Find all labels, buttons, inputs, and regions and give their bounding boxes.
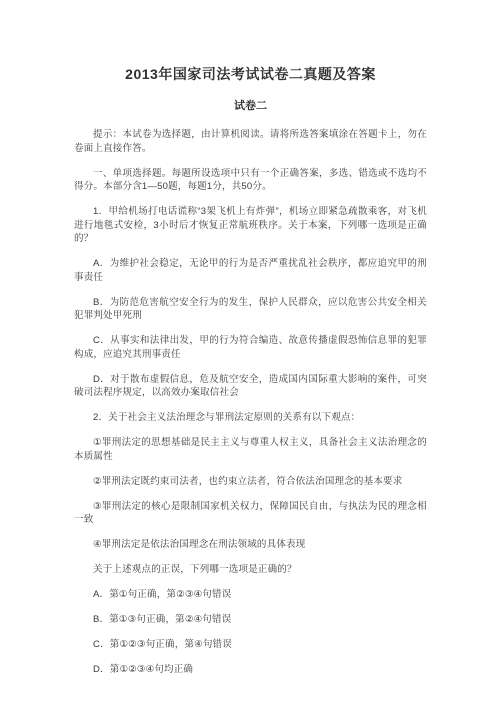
- question-2-stem: 2．关于社会主义法治理念与罪刑法定原则的关系有以下观点：: [74, 411, 427, 425]
- question-2-statement-3: ③罪刑法定的核心是限制国家机关权力，保障国民自由，与执法为民的理念相一致: [74, 500, 427, 527]
- question-1-option-c: C．从事实和法律出发，甲的行为符合编造、故意传播虚假恐怖信息罪的犯罪构成，应追究…: [74, 334, 427, 361]
- question-2-statement-1: ①罪刑法定的思想基础是民主主义与尊重人权主义，具备社会主义法治理念的本质属性: [74, 436, 427, 463]
- question-2-option-d: D．第①②③④句均正确: [74, 663, 427, 677]
- document-page: 2013年国家司法考试试卷二真题及答案 试卷二 提示：本试卷为选择题，由计算机阅…: [0, 0, 499, 706]
- exam-notice: 提示：本试卷为选择题，由计算机阅读。请将所选答案填涂在答题卡上，勿在卷面上直接作…: [74, 128, 427, 155]
- question-2-option-c: C．第①②③句正确，第④句错误: [74, 638, 427, 652]
- question-2-option-b: B．第①③句正确，第②④句错误: [74, 613, 427, 627]
- section-instructions: 一、单项选择题。每题所设选项中只有一个正确答案，多选、错选或不选均不得分。本部分…: [74, 167, 427, 194]
- question-2-statement-2: ②罪刑法定既约束司法者，也约束立法者，符合依法治国理念的基本要求: [74, 475, 427, 489]
- question-2-statement-4: ④罪刑法定是依法治国理念在刑法领域的具体表现: [74, 538, 427, 552]
- question-1-option-b: B．为防范危害航空安全行为的发生，保护人民群众，应以危害公共安全相关犯罪判处甲死…: [74, 296, 427, 323]
- document-title: 2013年国家司法考试试卷二真题及答案: [74, 64, 427, 84]
- question-1-option-a: A．为维护社会稳定，无论甲的行为是否严重扰乱社会秩序，都应追究甲的刑事责任: [74, 257, 427, 284]
- question-2-option-a: A．第①句正确，第②③④句错误: [74, 588, 427, 602]
- question-2-prompt: 关于上述观点的正误，下列哪一选项是正确的？: [74, 563, 427, 577]
- paper-section-heading: 试卷二: [74, 97, 427, 113]
- question-1-stem: 1．甲给机场打电话谎称“3架飞机上有炸弹”，机场立即紧急疏散乘客，对飞机进行地毯…: [74, 205, 427, 246]
- question-1-option-d: D．对于散布虚假信息，危及航空安全，造成国内国际重大影响的案件，可突破司法程序规…: [74, 373, 427, 400]
